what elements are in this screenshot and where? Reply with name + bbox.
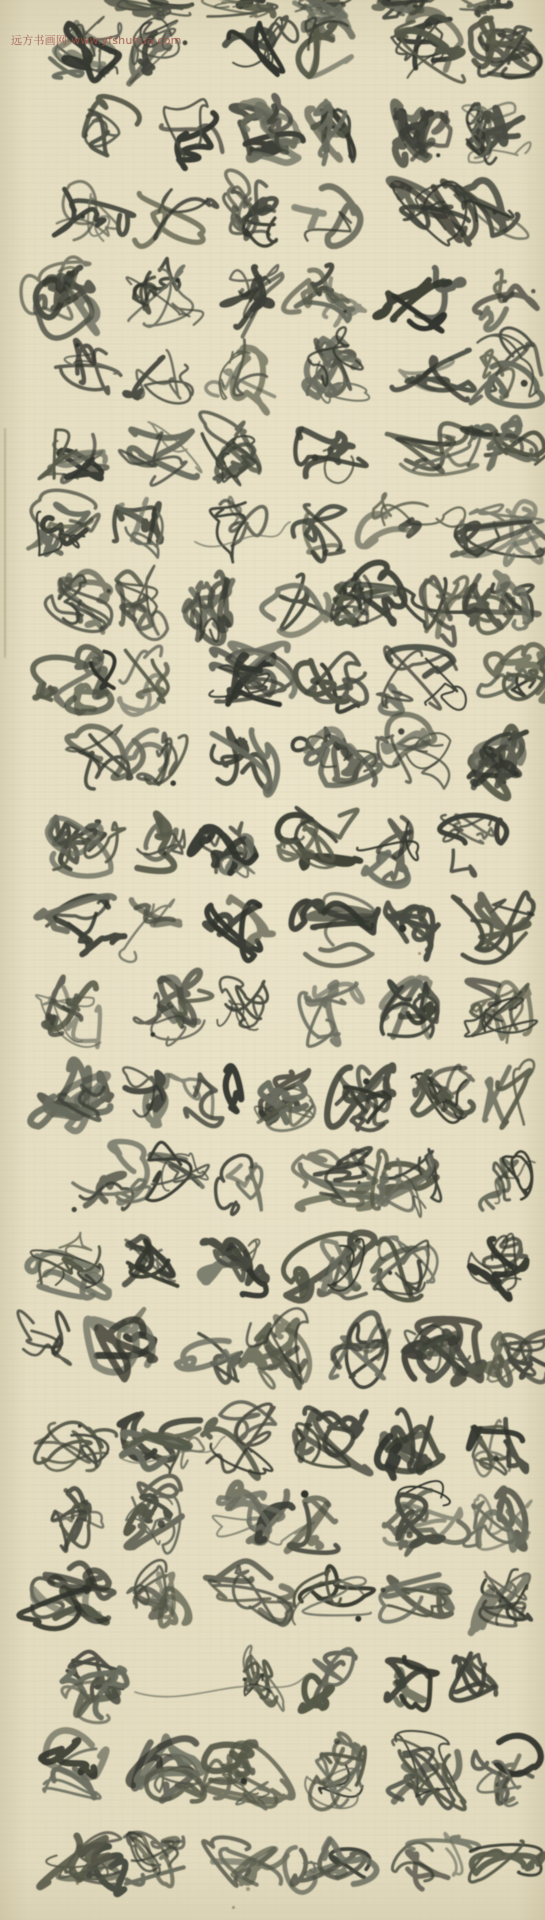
paper-speck: [232, 1906, 235, 1909]
paper-crease-line: [4, 428, 6, 658]
ink-layer: [18, 0, 545, 1894]
paper-speck: [418, 952, 421, 955]
watermark-text: 远方书画网-www.yfshuhua.com: [11, 35, 182, 47]
calligraphy-strokes: [0, 0, 545, 1920]
paper-speck: [76, 1882, 79, 1885]
paper-speck: [246, 1887, 250, 1891]
manuscript-page: 远方书画网-www.yfshuhua.com: [0, 0, 545, 1920]
